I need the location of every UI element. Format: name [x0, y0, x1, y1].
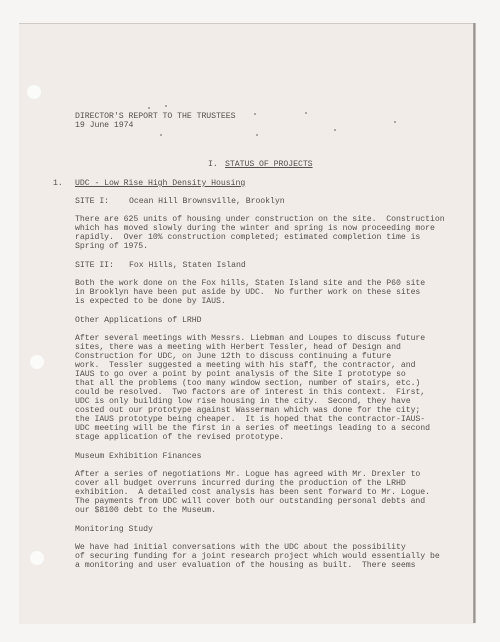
paragraph-line: the IAUS prototype being cheaper. It is …	[75, 415, 425, 424]
section-number: I.	[208, 160, 218, 169]
paragraph-line: The payments from UDC will cover both ou…	[75, 497, 425, 506]
paragraph-line: that all the problems (too many window s…	[75, 379, 420, 388]
paragraph-line: Both the work done on the Fox hills, Sta…	[75, 279, 425, 288]
punch-hole-middle	[30, 355, 44, 369]
paragraph-line: After a series of negotiations Mr. Logue…	[75, 470, 420, 479]
speck	[394, 121, 396, 123]
monitoring-heading: Monitoring Study	[75, 525, 153, 534]
speck	[334, 129, 336, 131]
paragraph-line: work. Tessler suggested a meeting with h…	[75, 361, 415, 370]
museum-heading: Museum Exhibition Finances	[75, 452, 201, 461]
site2-location: Fox Hills, Staten Island	[129, 261, 246, 270]
speck	[165, 105, 167, 107]
paragraph-line: in Brooklyn have been put aside by UDC. …	[75, 288, 420, 297]
site2-label: SITE II:	[75, 261, 114, 270]
speck	[256, 134, 258, 136]
report-date: 19 June 1974	[75, 121, 133, 130]
item-number: 1.	[53, 179, 63, 188]
paragraph-line: rapidly. Over 10% construction completed…	[75, 233, 420, 242]
paragraph-line: costed out our prototype against Wasserm…	[75, 406, 420, 415]
paragraph-line: our $8100 debt to the Museum.	[75, 506, 216, 515]
paragraph-line: IAUS to go over a point by point analysi…	[75, 370, 406, 379]
paragraph-line: exhibition. A detailed cost analysis has…	[75, 488, 430, 497]
paragraph-line: which has moved slowly during the winter…	[75, 224, 435, 233]
site1-label: SITE I:	[75, 197, 109, 206]
page-edge-shadow	[473, 23, 476, 623]
site1-location: Ocean Hill Brownsville, Brooklyn	[129, 197, 285, 206]
punch-hole-top	[27, 85, 41, 99]
speck	[305, 112, 307, 114]
paragraph-line: After several meetings with Messrs. Lieb…	[75, 334, 425, 343]
paragraph-line: is expected to be done by IAUS.	[75, 297, 226, 306]
paragraph-line: UDC meeting will be the first in a serie…	[75, 424, 430, 433]
speck	[254, 113, 256, 115]
paragraph-line: sites, there was a meeting with Herbert …	[75, 343, 401, 352]
paragraph-line: There are 625 units of housing under con…	[75, 215, 445, 224]
paragraph-line: UDC is only building low rise housing in…	[75, 397, 411, 406]
speck	[148, 107, 150, 109]
other-applications-heading: Other Applications of LRHD	[75, 316, 201, 325]
item-title: UDC - Low Rise High Density Housing	[75, 179, 245, 188]
paragraph-line: We have had initial conversations with t…	[75, 543, 406, 552]
speck	[160, 134, 162, 136]
paragraph-line: Spring of 1975.	[75, 242, 148, 251]
paragraph-line: of securing funding for a joint research…	[75, 552, 440, 561]
paragraph-line: cover all budget overruns incurred durin…	[75, 479, 406, 488]
paragraph-line: Construction for UDC, on June 12th to di…	[75, 352, 391, 361]
paragraph-line: a monitoring and user evaluation of the …	[75, 561, 415, 570]
report-title: DIRECTOR'S REPORT TO THE TRUSTEES	[75, 112, 236, 121]
section-title: STATUS OF PROJECTS	[225, 160, 313, 169]
punch-hole-bottom	[30, 551, 44, 565]
paragraph-line: stage application of the revised prototy…	[75, 433, 284, 442]
paragraph-line: could be resolved. Two factors are of in…	[75, 388, 425, 397]
